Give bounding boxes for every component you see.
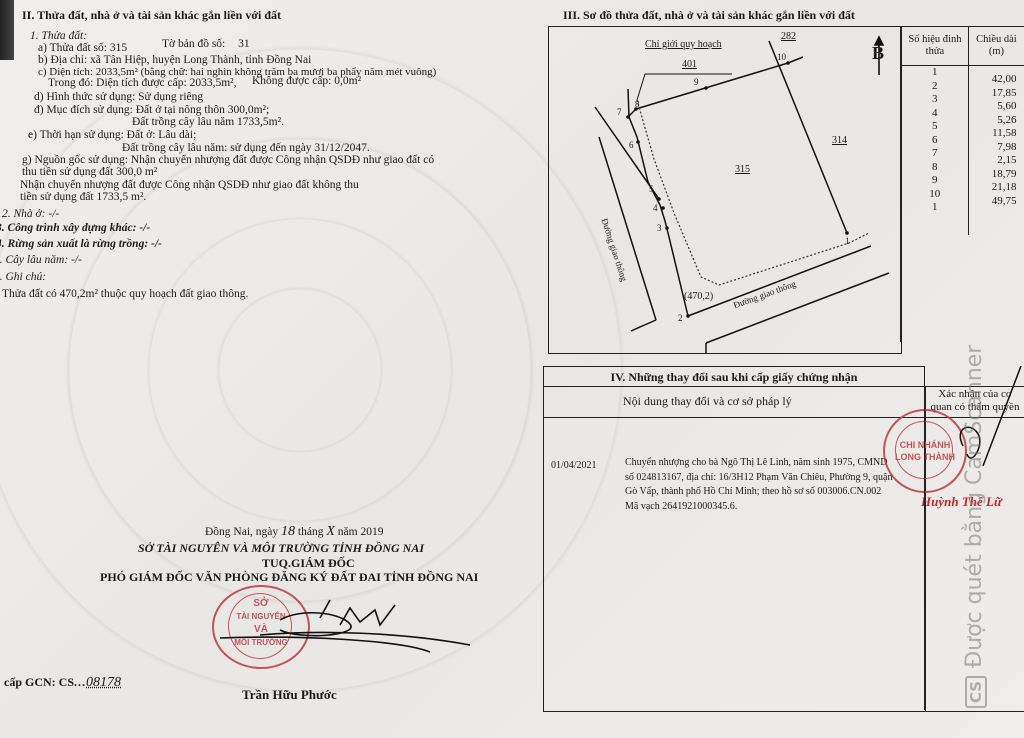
house: 2. Nhà ở: -/- — [2, 208, 59, 220]
parcel-314-label: 314 — [832, 135, 847, 146]
entry-line: Gò Vấp, thành phố Hồ Chí Minh; theo hồ s… — [625, 485, 892, 500]
vertex-number: 3 — [902, 93, 969, 107]
certificate-page: II. Thửa đất, nhà ở và tài sản khác gắn … — [0, 0, 1024, 738]
edge-length: 5,26 — [968, 114, 1024, 128]
entry-line: Chuyển nhượng cho bà Ngô Thị Lê Linh, nă… — [625, 456, 892, 471]
year-label: năm 2019 — [335, 526, 384, 538]
parcel-number-label: a) Thửa đất số: — [38, 42, 107, 54]
use-term-2: Đất trồng cây lâu năm: sử dụng đến ngày … — [122, 142, 370, 154]
date-month: X — [326, 524, 335, 539]
vertex-label: 1 — [845, 236, 850, 246]
vertex-label: 4 — [653, 203, 658, 213]
vertex-number: 10 — [902, 188, 969, 202]
vertex-label: 9 — [694, 77, 699, 87]
planning-boundary-label: Chỉ giới quy hoạch — [645, 39, 722, 50]
table-filler — [902, 215, 969, 235]
origin-4: tiền sử dụng đất 1733,5 m². — [20, 191, 146, 203]
parcel-number-row: a) Thửa đất số: 315 — [38, 42, 127, 54]
edge-length: 49,75 — [968, 195, 1024, 209]
map-sheet-row: Tờ bản đồ số: 31 — [162, 38, 250, 50]
note-heading: 6. Ghi chú: — [0, 271, 46, 283]
vertex-label: 3 — [657, 223, 662, 233]
edge-length — [968, 208, 1024, 222]
use-term-1: e) Thời hạn sử dụng: Đất ở: Lâu dài; — [28, 129, 196, 141]
edge-length: 5,60 — [968, 100, 1024, 114]
edge-length: 18,79 — [968, 168, 1024, 182]
vertex-label: 5 — [649, 184, 654, 194]
vertex-number: 6 — [902, 134, 969, 148]
note-text: Thửa đất có 470,2m² thuộc quy hoạch đất … — [2, 288, 248, 300]
map-sheet-number: 31 — [238, 38, 250, 50]
parcel-282-label: 282 — [781, 31, 796, 42]
use-form: d) Hình thức sử dụng: Sử dụng riêng — [34, 91, 203, 103]
use-purpose-1: đ) Mục đích sử dụng: Đất ở tại nông thôn… — [34, 104, 269, 116]
vertex-number: 7 — [902, 147, 969, 161]
col-length-header: Chiều dài (m) — [968, 27, 1024, 66]
scan-edge — [0, 0, 14, 60]
col-vertex-header: Số hiệu đỉnh thửa — [902, 27, 969, 66]
vertex-number: 4 — [902, 107, 969, 121]
vertex-label: 7 — [617, 107, 622, 117]
vertex-label: 8 — [635, 99, 640, 109]
cert-number-label: cấp GCN: CS — [4, 675, 74, 689]
cert-number-value: 08178 — [86, 675, 121, 690]
area-not-granted: Không được cấp: 0,0m² — [252, 75, 361, 87]
vertex-number: 9 — [902, 174, 969, 188]
place-date-prefix: Đồng Nai, ngày — [205, 526, 281, 538]
area-granted: Trong đó: Diện tích được cấp: 2033,5m², — [48, 77, 236, 89]
vertex-number: 2 — [902, 80, 969, 94]
vertex-label: 2 — [678, 313, 683, 323]
road-area-label: (470,2) — [684, 291, 713, 302]
parcel-315-label: 315 — [735, 164, 750, 175]
perennial: 5. Cây lâu năm: -/- — [0, 254, 82, 266]
parcel-401-label: 401 — [682, 59, 697, 70]
address: b) Địa chỉ: xã Tân Hiệp, huyện Long Thàn… — [38, 54, 311, 66]
parcel-diagram-drawing — [549, 27, 901, 353]
vertex-number: 1 — [902, 66, 969, 80]
section3-title: III. Sơ đồ thửa đất, nhà ở và tài sản kh… — [563, 8, 855, 23]
edge-length: 42,00 — [968, 73, 1024, 87]
col-content-header: Nội dung thay đổi và cơ sở pháp lý — [623, 394, 792, 409]
edge-length: 21,18 — [968, 181, 1024, 195]
vertex-length-table: Số hiệu đỉnh thửa Chiều dài (m) 142,0021… — [900, 26, 1024, 342]
parcel-heading: 1. Thửa đất: — [30, 30, 87, 42]
camscanner-watermark: CSĐược quét bằng CamScanner — [962, 345, 987, 708]
edge-length: 7,98 — [968, 141, 1024, 155]
place-date: Đồng Nai, ngày 18 tháng X năm 2019 — [205, 524, 383, 540]
vertex-number: 5 — [902, 120, 969, 134]
edge-length: 17,85 — [968, 87, 1024, 101]
watermark-text: Được quét bằng CamScanner — [962, 345, 987, 668]
agency-name: SỞ TÀI NGUYÊN VÀ MÔI TRƯỜNG TỈNH ĐỒNG NA… — [138, 541, 424, 556]
table-row: 142,00 — [902, 66, 1024, 80]
changes-bottom-border — [543, 711, 1024, 712]
vertex-label: 10 — [777, 52, 786, 62]
parcel-number: 315 — [110, 42, 127, 54]
map-sheet-label: Tờ bản đồ số: — [162, 38, 225, 50]
origin-2: thu tiền sử dụng đất 300,0 m² — [22, 166, 157, 178]
vertex-number: 1 — [902, 201, 969, 215]
camscanner-icon: CS — [965, 676, 987, 708]
changes-section: IV. Những thay đổi sau khi cấp giấy chứn… — [543, 366, 1024, 716]
vertex-label: 6 — [629, 140, 634, 150]
entry-content: Chuyển nhượng cho bà Ngô Thị Lê Linh, nă… — [625, 456, 892, 514]
entry-line: Mã vạch 2641921000345.6. — [625, 500, 892, 515]
edge-length: 11,58 — [968, 127, 1024, 141]
origin-1: g) Nguồn gốc sử dụng: Nhận chuyển nhượng… — [22, 154, 434, 166]
changes-content-column — [543, 386, 926, 711]
north-label: B — [872, 43, 884, 64]
origin-3: Nhận chuyển nhượng đất được Công nhận QS… — [20, 179, 359, 191]
month-label: tháng — [295, 526, 326, 538]
parcel-diagram: Chỉ giới quy hoạch 282 401 314 315 (470,… — [548, 26, 902, 354]
entry-line: số 024813167, địa chỉ: 16/3H12 Phạm Văn … — [625, 471, 892, 486]
other-construction: 3. Công trình xây dựng khác: -/- — [0, 222, 150, 234]
director-signature — [200, 590, 490, 670]
forest: 4. Rừng sản xuất là rừng trồng: -/- — [0, 238, 162, 250]
vertex-number: 8 — [902, 161, 969, 175]
signer-position: PHÓ GIÁM ĐỐC VĂN PHÒNG ĐĂNG KÝ ĐẤT ĐAI T… — [100, 570, 478, 585]
date-day: 18 — [281, 524, 295, 539]
edge-length: 2,15 — [968, 154, 1024, 168]
entry-date: 01/04/2021 — [551, 460, 597, 471]
section2-title: II. Thửa đất, nhà ở và tài sản khác gắn … — [22, 8, 281, 23]
cert-number: cấp GCN: CS...08178 — [4, 675, 121, 691]
use-purpose-2: Đất trồng cây lâu năm 1733,5m². — [132, 116, 284, 128]
signer-name: Trần Hữu Phước — [242, 687, 337, 703]
confirm-column-divider — [924, 386, 925, 710]
on-behalf: TUQ.GIÁM ĐỐC — [262, 556, 355, 571]
section4-title: IV. Những thay đổi sau khi cấp giấy chứn… — [543, 366, 925, 387]
